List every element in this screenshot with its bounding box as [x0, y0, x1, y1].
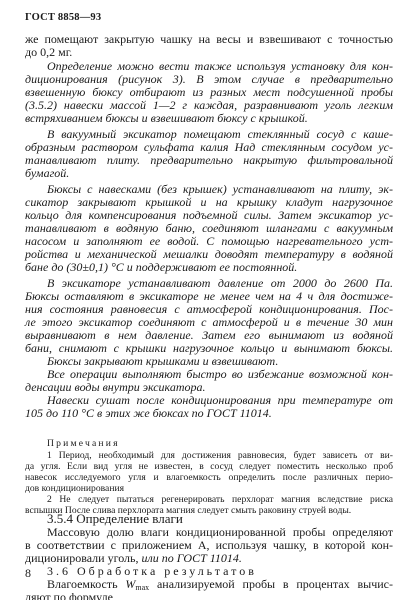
text-line: до 0,2 мг.	[25, 46, 393, 59]
text-line: бане до (30±0,1) °С и поддерживают ее по…	[25, 261, 393, 274]
text-fragment: анализируемой пробы в процентах вычис-	[149, 577, 393, 591]
gost-reference: или по ГОСТ 11014.	[142, 551, 242, 565]
note-line: дов кондиционирования	[25, 483, 393, 494]
note-line: да угля. Если вид угля не известен, в со…	[25, 461, 393, 472]
formula-symbol: W	[125, 577, 135, 591]
section-heading-3-5-4: 3.5.4 Определение влаги	[25, 512, 393, 525]
note-line: 1 Период, необходимый для достижения рав…	[25, 450, 393, 461]
text-fragment: Влагоемкость	[47, 577, 125, 591]
text-fragment: диционировали уголь,	[25, 551, 142, 565]
text-line: же помещают закрытую чашку на весы и взв…	[25, 33, 393, 46]
text-line: ляют по формуле	[25, 591, 393, 600]
page-number: 8	[25, 566, 31, 581]
note-line: навесок исследуемого угля и влагоемкость…	[25, 472, 393, 483]
note-line: 2 Не следует пытаться регенерировать пер…	[25, 494, 393, 505]
text-line: 105 до 110 °С в этих же бюксах по ГОСТ 1…	[25, 407, 393, 420]
text-line: встряхиванием бюксы и взвешивают бюксу с…	[25, 112, 393, 125]
notes-heading: Примечания	[25, 438, 415, 449]
document-header: ГОСТ 8858—93	[25, 12, 101, 23]
text-line: танавливают плиту. предварительно накрыт…	[25, 154, 393, 167]
text-line: бумагой.	[25, 167, 393, 180]
